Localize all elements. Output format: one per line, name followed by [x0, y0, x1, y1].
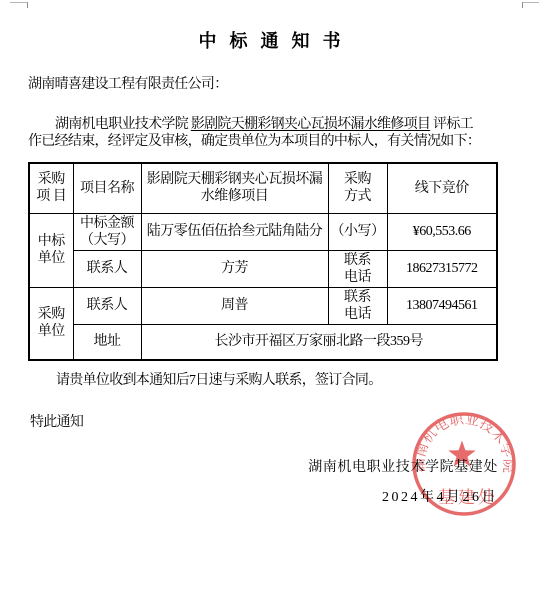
cell-address-value: 长沙市开福区万家丽北路一段359号 [141, 324, 497, 360]
cell-winner-phone-value: 18627315772 [387, 250, 497, 287]
cell-purchaser-phone-value: 13807494561 [387, 287, 497, 324]
table-row: 采购 单位 联系人 周普 联系 电话 13807494561 [29, 287, 497, 324]
body-paragraph-line1: 湖南机电职业技术学院 影剧院天棚彩钢夹心瓦损坏漏水维修项目 评标工 [28, 116, 473, 133]
seal-bottom-text: 基建处 [438, 488, 498, 507]
cell-winner-contact-name: 方芳 [141, 250, 328, 287]
body-paragraph-line2: 作已经结束，经评定及审核，确定贵单位为本项目的中标人，有关情况如下： [28, 133, 480, 150]
table-row: 联系人 方芳 联系 电话 18627315772 [29, 250, 497, 287]
cell-procurement-method-value: 线下竞价 [387, 163, 497, 213]
table-row: 中标 单位 中标金额 （大写） 陆万零伍佰伍拾叁元陆角陆分 （小写） ¥60,5… [29, 213, 497, 250]
body-text-pre: 湖南机电职业技术学院 [55, 117, 188, 132]
body-text-post: 评标工 [433, 117, 473, 132]
cell-amount-figures-value: ¥60,553.66 [387, 213, 497, 250]
notice-line: 请贵单位收到本通知后7日速与采购人联系，签订合同。 [28, 372, 382, 389]
recipient-line: 湖南晴喜建设工程有限责任公司： [28, 76, 228, 93]
seal-arc-text: 湖南机电职业技术学院 [411, 411, 516, 474]
cell-purchaser-unit-label: 采购 单位 [29, 287, 73, 360]
table-row: 采购 项 目 项目名称 影剧院天棚彩钢夹心瓦损坏漏 水维修项目 采购 方式 线下… [29, 163, 497, 213]
table-row: 地址 长沙市开福区万家丽北路一段359号 [29, 324, 497, 360]
closing-line: 特此通知 [30, 414, 83, 431]
star-icon [448, 441, 476, 467]
award-info-table: 采购 项 目 项目名称 影剧院天棚彩钢夹心瓦损坏漏 水维修项目 采购 方式 线下… [28, 162, 498, 361]
official-seal: 湖南机电职业技术学院 基建处 [403, 403, 528, 528]
cell-address-label: 地址 [73, 324, 141, 360]
cell-amount-words-label: 中标金额 （大写） [73, 213, 141, 250]
cell-amount-words-value: 陆万零伍佰伍拾叁元陆角陆分 [141, 213, 328, 250]
document-title: 中标通知书 [0, 31, 539, 51]
cell-winner-phone-label: 联系 电话 [328, 250, 387, 287]
cell-procurement-item-label: 采购 项 目 [29, 163, 73, 213]
cell-winner-contact-label: 联系人 [73, 250, 141, 287]
cell-project-name-label: 项目名称 [73, 163, 141, 213]
cell-purchaser-contact-label: 联系人 [73, 287, 141, 324]
project-name-underlined: 影剧院天棚彩钢夹心瓦损坏漏水维修项目 [191, 117, 430, 132]
margin-crop-mark-left [10, 2, 28, 8]
seal-arc-text-holder: 湖南机电职业技术学院 [411, 411, 516, 474]
cell-procurement-method-label: 采购 方式 [328, 163, 387, 213]
cell-purchaser-contact-name: 周普 [141, 287, 328, 324]
cell-winning-unit-label: 中标 单位 [29, 213, 73, 287]
award-notice-document: 中标通知书 湖南晴喜建设工程有限责任公司： 湖南机电职业技术学院 影剧院天棚彩钢… [0, 0, 539, 612]
cell-amount-figures-label: （小写） [328, 213, 387, 250]
margin-crop-mark-right [522, 2, 539, 8]
cell-purchaser-phone-label: 联系 电话 [328, 287, 387, 324]
cell-project-name-value: 影剧院天棚彩钢夹心瓦损坏漏 水维修项目 [141, 163, 328, 213]
